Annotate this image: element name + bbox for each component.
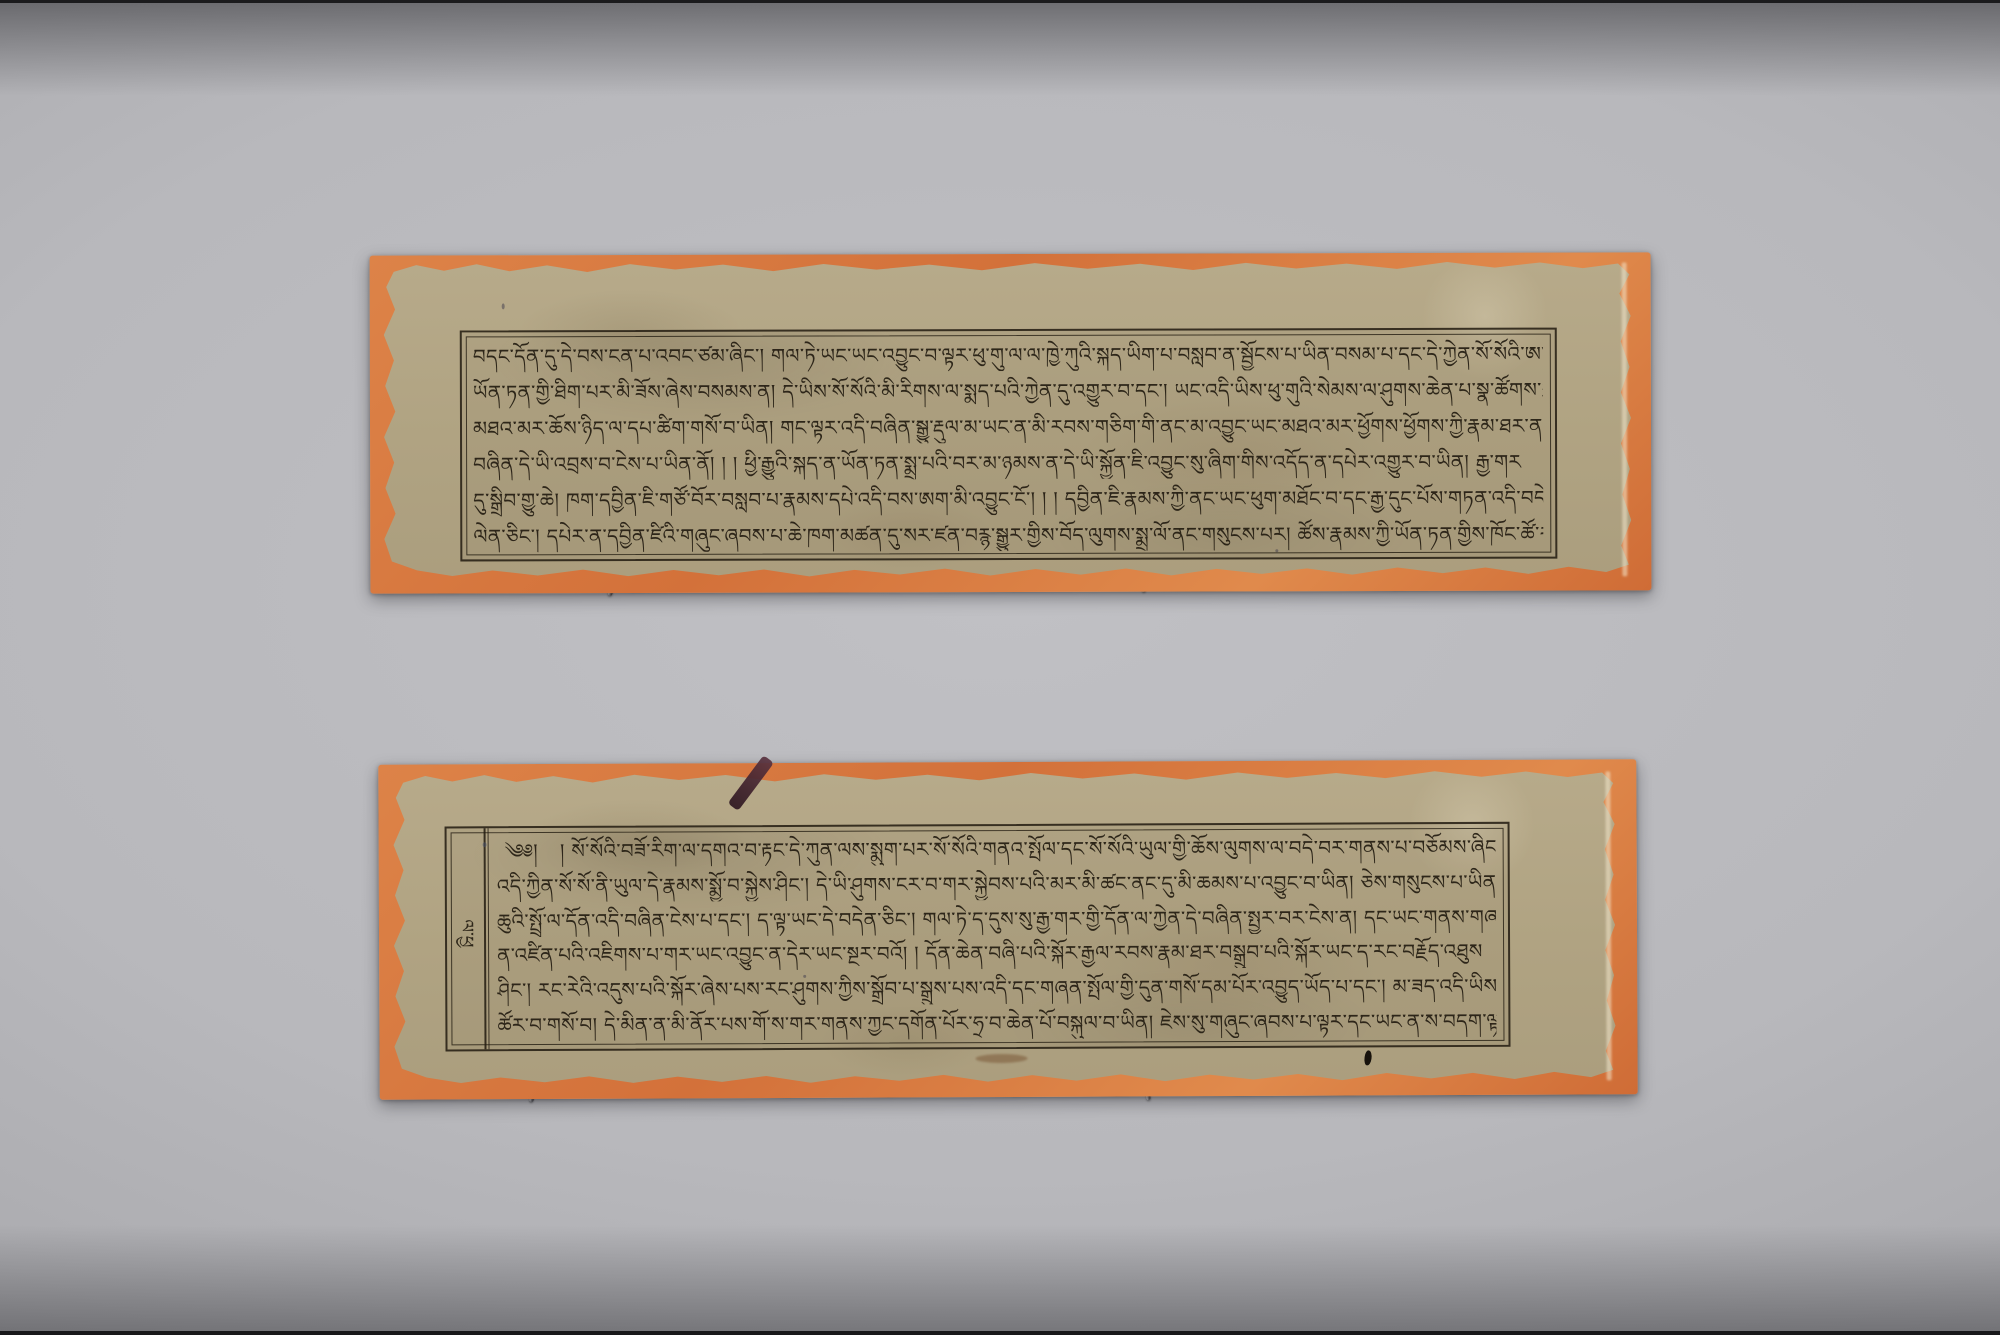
top-folio: བདང་དོན་དུ་དེ་བས་ངན་པ་འབང་ཙམ་ཞིང་། གལ་ཏེ… bbox=[370, 252, 1652, 593]
text-line: བཞིན་དེ་ཡི་འབྲས་བ་ངེས་པ་ཡིན་ནོ། ། ། ཕྱི་… bbox=[473, 447, 1543, 481]
top-folio-text-frame: བདང་དོན་དུ་དེ་བས་ངན་པ་འབང་ཙམ་ཞིང་། གལ་ཏེ… bbox=[460, 328, 1558, 562]
text-line: ཚོར་བ་གསོ་བ། དེ་མིན་ན་མི་ནོར་པས་གོ་ས་གར་… bbox=[497, 1006, 1496, 1041]
text-block: ༄༅། ། སོ་སོའི་བཟོ་རིག་ལ་དགའ་བ་རྟང་དེ་ཀུན… bbox=[497, 832, 1497, 1041]
text-line: འདི་ཀྱིན་སོ་སོ་ནི་ཡུལ་དེ་རྣམས་སྨྱོ་བ་སྐྱ… bbox=[497, 867, 1496, 902]
paper-speck bbox=[483, 842, 487, 847]
text-line: དུ་སྒྲིབ་གྱུ་ཆེ། ཁག་དབྱིན་ཇི་གཙོ་བོར་བསླ… bbox=[473, 483, 1543, 517]
paper-edge-highlight bbox=[1622, 262, 1628, 576]
text-line: ཤིང་། རང་རེའི་འདུས་པའི་སྐོར་ཞེས་པས་རང་ཤུ… bbox=[497, 971, 1496, 1006]
paper-speck bbox=[502, 303, 505, 309]
text-line: ཆུའི་སྤྲོ་ལ་དོན་འདི་བཞིན་ངེས་པ་དང་། ད་ལྟ… bbox=[497, 901, 1496, 936]
text-line: ན་འཛིན་པའི་འཇིགས་པ་གར་ཡང་འབྱུང་ན་དེར་ཡང་… bbox=[497, 936, 1496, 971]
text-line: མཐའ་མར་ཆོས་ཉིད་ལ་དཔ་ཚིག་གསོ་བ་ཡིན། གང་ལྟ… bbox=[473, 411, 1543, 445]
yig-mgo-head-mark: ༄༅། bbox=[505, 836, 538, 867]
text-line: བདང་དོན་དུ་དེ་བས་ངན་པ་འབང་ཙམ་ཞིང་། གལ་ཏེ… bbox=[473, 339, 1543, 373]
photo-background: བདང་དོན་དུ་དེ་བས་ངན་པ་འབང་ཙམ་ཞིང་། གལ་ཏེ… bbox=[0, 0, 2000, 1335]
text-line-content: ། སོ་སོའི་བཟོ་རིག་ལ་དགའ་བ་རྟང་དེ་ཀུན་ལས་… bbox=[560, 832, 1496, 867]
paper-speck bbox=[1275, 549, 1278, 552]
text-block: བདང་དོན་དུ་དེ་བས་ངན་པ་འབང་ཙམ་ཞིང་། གལ་ཏེ… bbox=[473, 339, 1544, 553]
bottom-folio: ལ་ཕྱ ༄༅། ། སོ་སོའི་བཟོ་རིག་ལ་དགའ་བ་རྟང་ད… bbox=[378, 759, 1637, 1099]
text-line: ཡོན་ཏན་གྱི་ཐིག་པར་མི་ཟོས་ཞེས་བསམས་ན། དེ་… bbox=[473, 375, 1543, 409]
margin-divider bbox=[484, 828, 490, 1049]
text-line: ལེན་ཅིང་། དཔེར་ན་དབྱིན་ཛིའི་གཞུང་ཞབས་པ་ཆ… bbox=[473, 519, 1543, 553]
text-line: ༄༅། ། སོ་སོའི་བཟོ་རིག་ལ་དགའ་བ་རྟང་དེ་ཀུན… bbox=[497, 832, 1496, 867]
margin-label: ལ་ཕྱ bbox=[457, 916, 475, 950]
paper-speck bbox=[803, 975, 806, 978]
bottom-folio-text-frame: ལ་ཕྱ ༄༅། ། སོ་སོའི་བཟོ་རིག་ལ་དགའ་བ་རྟང་ད… bbox=[445, 822, 1511, 1052]
